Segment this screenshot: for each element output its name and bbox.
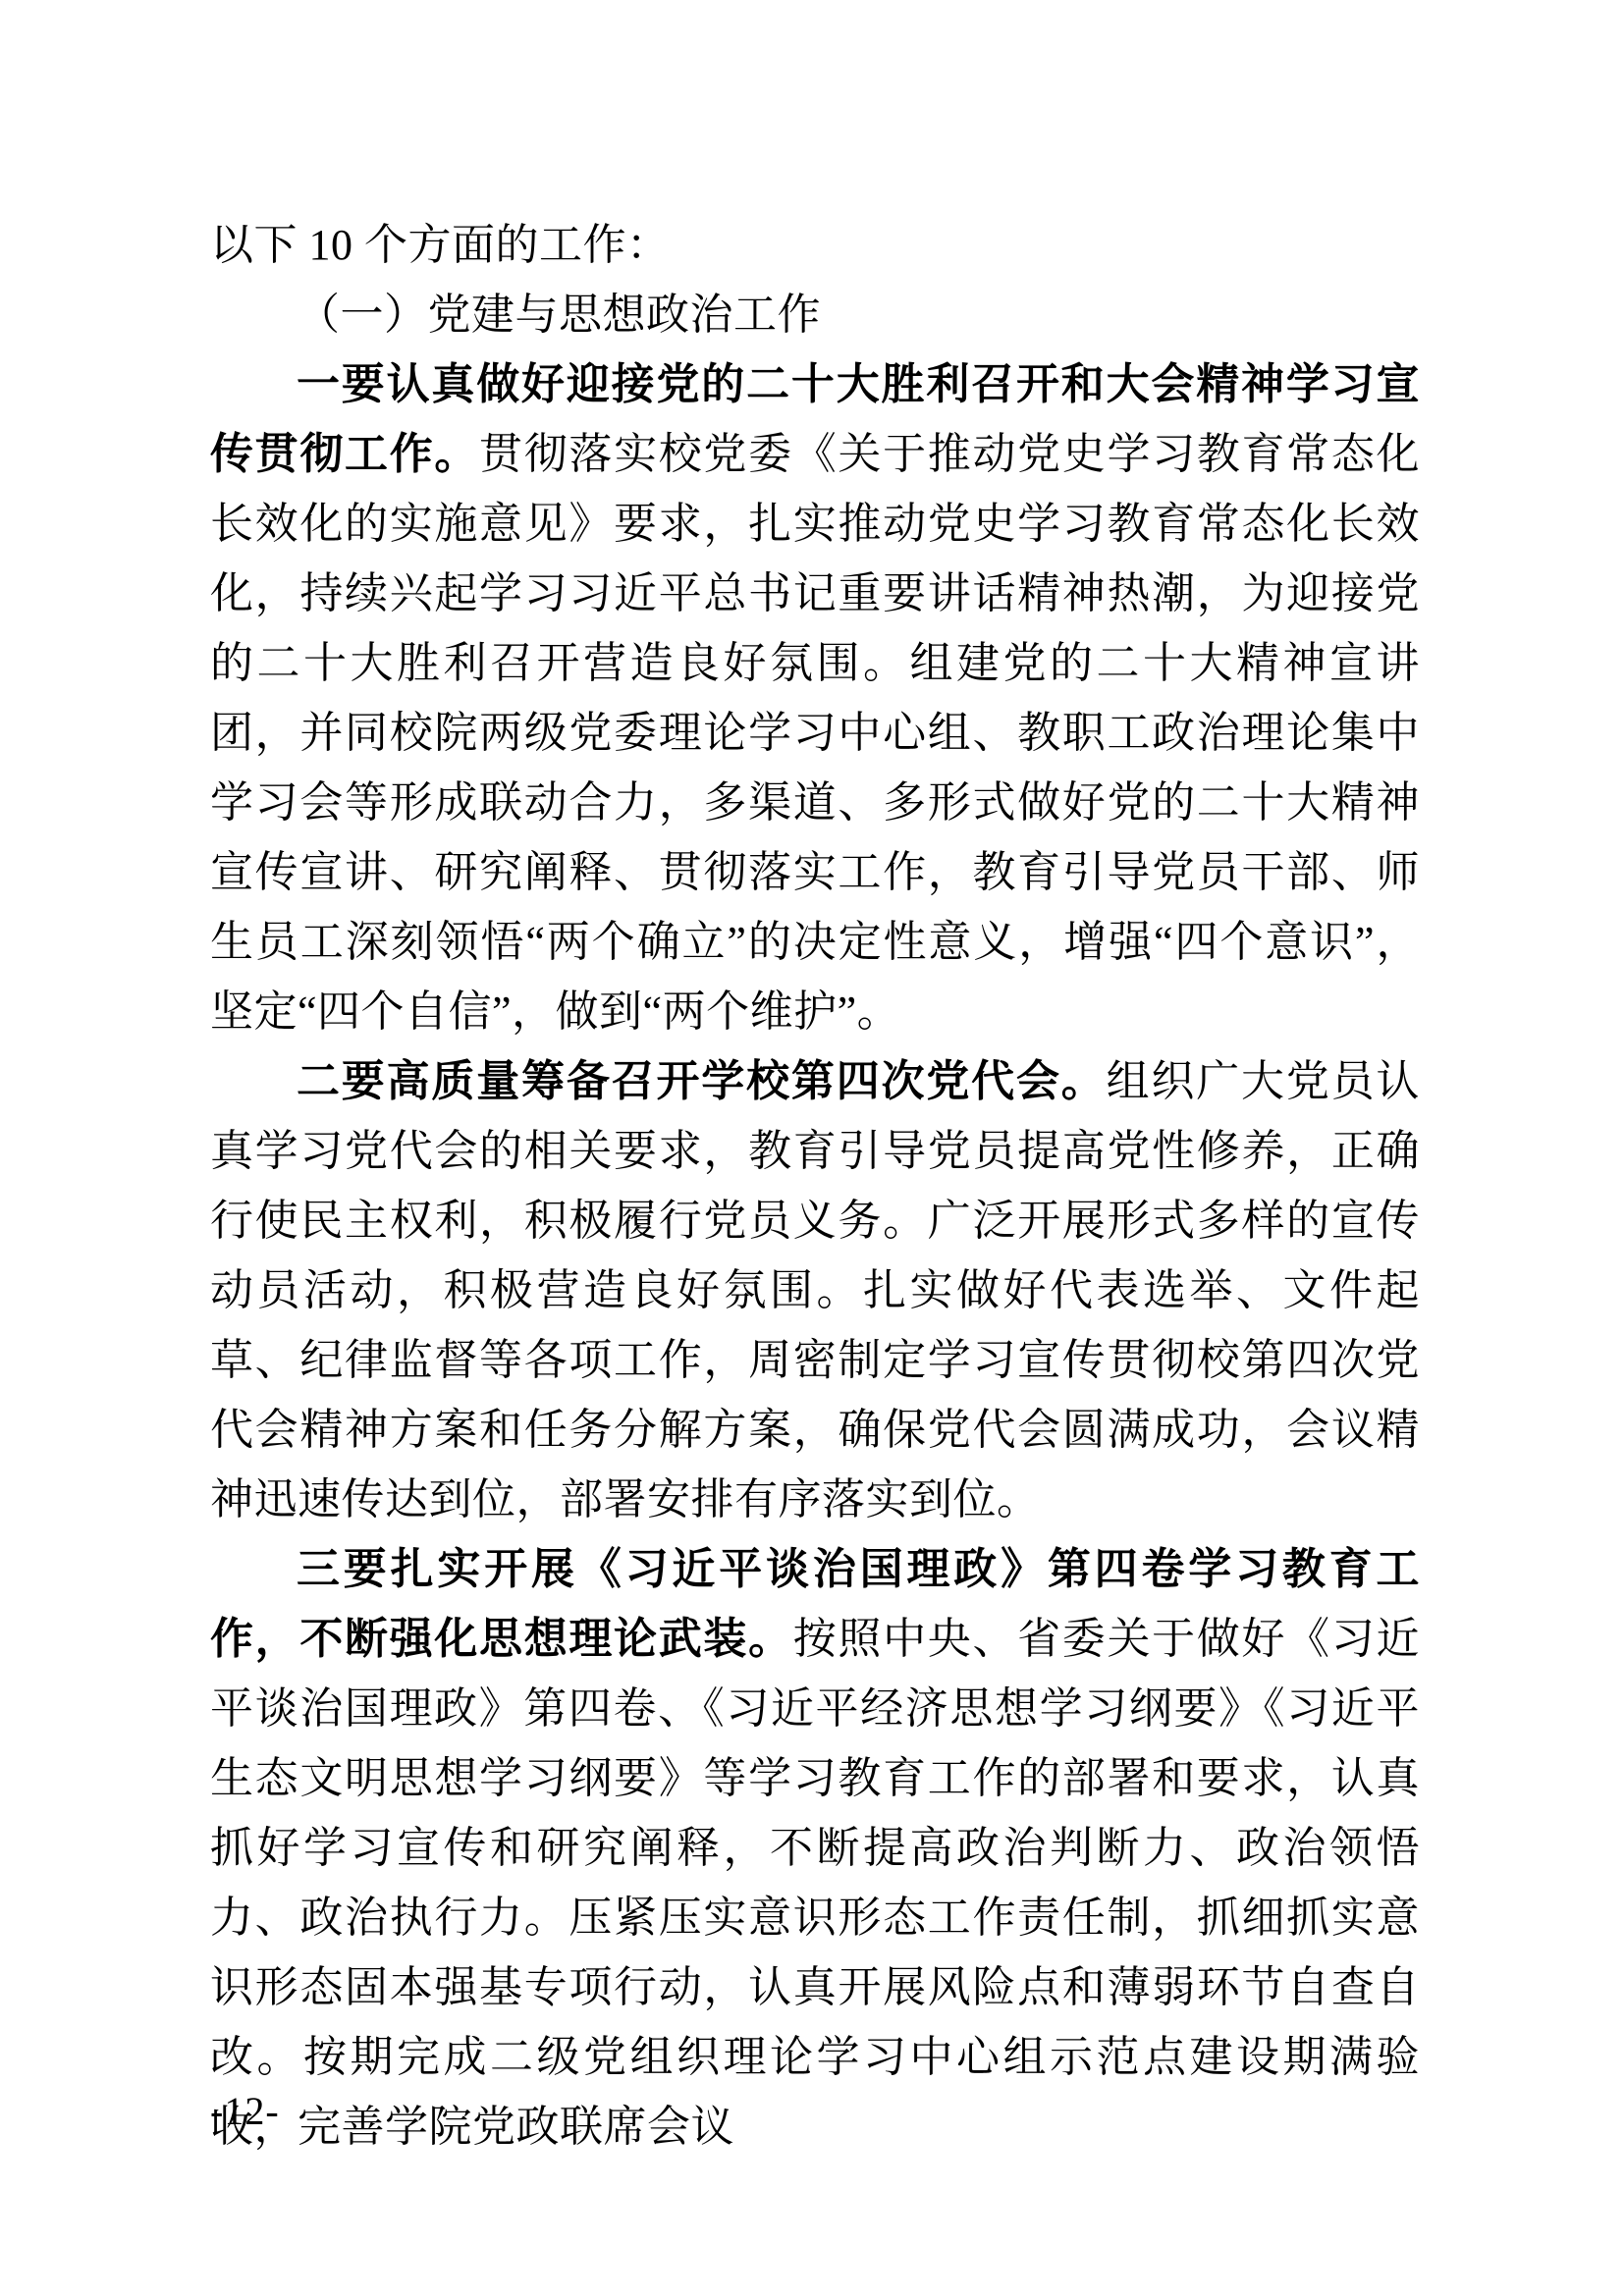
paragraph: （一）党建与思想政治工作: [210, 280, 1420, 349]
paragraph: 三要扎实开展《习近平谈治国理政》第四卷学习教育工作，不断强化思想理论武装。按照中…: [210, 1534, 1420, 2162]
text-segment: 按照中央、省委关于做好《习近平谈治国理政》第四卷、《习近平经济思想学习纲要》《习…: [210, 1615, 1420, 2151]
document-page: 以下 10 个方面的工作：（一）党建与思想政治工作一要认真做好迎接党的二十大胜利…: [0, 0, 1624, 2296]
text-segment: （一）党建与思想政治工作: [297, 291, 821, 339]
bold-text-segment: 二要高质量筹备召开学校第四次党代会。: [297, 1057, 1107, 1105]
paragraph: 二要高质量筹备召开学校第四次党代会。组织广大党员认真学习党代会的相关要求，教育引…: [210, 1046, 1420, 1534]
text-segment: 贯彻落实校党委《关于推动党史学习教育常态化长效化的实施意见》要求，扎实推动党史学…: [210, 430, 1420, 1036]
document-body: 以下 10 个方面的工作：（一）党建与思想政治工作一要认真做好迎接党的二十大胜利…: [210, 210, 1420, 2162]
text-segment: 以下 10 个方面的工作：: [210, 221, 671, 269]
paragraph: 一要认真做好迎接党的二十大胜利召开和大会精神学习宣传贯彻工作。贯彻落实校党委《关…: [210, 349, 1420, 1046]
text-segment: 组织广大党员认真学习党代会的相关要求，教育引导党员提高党性修养，正确行使民主权利…: [210, 1057, 1420, 1523]
paragraph: 以下 10 个方面的工作：: [210, 210, 1420, 280]
page-number: -12-: [210, 2089, 280, 2134]
